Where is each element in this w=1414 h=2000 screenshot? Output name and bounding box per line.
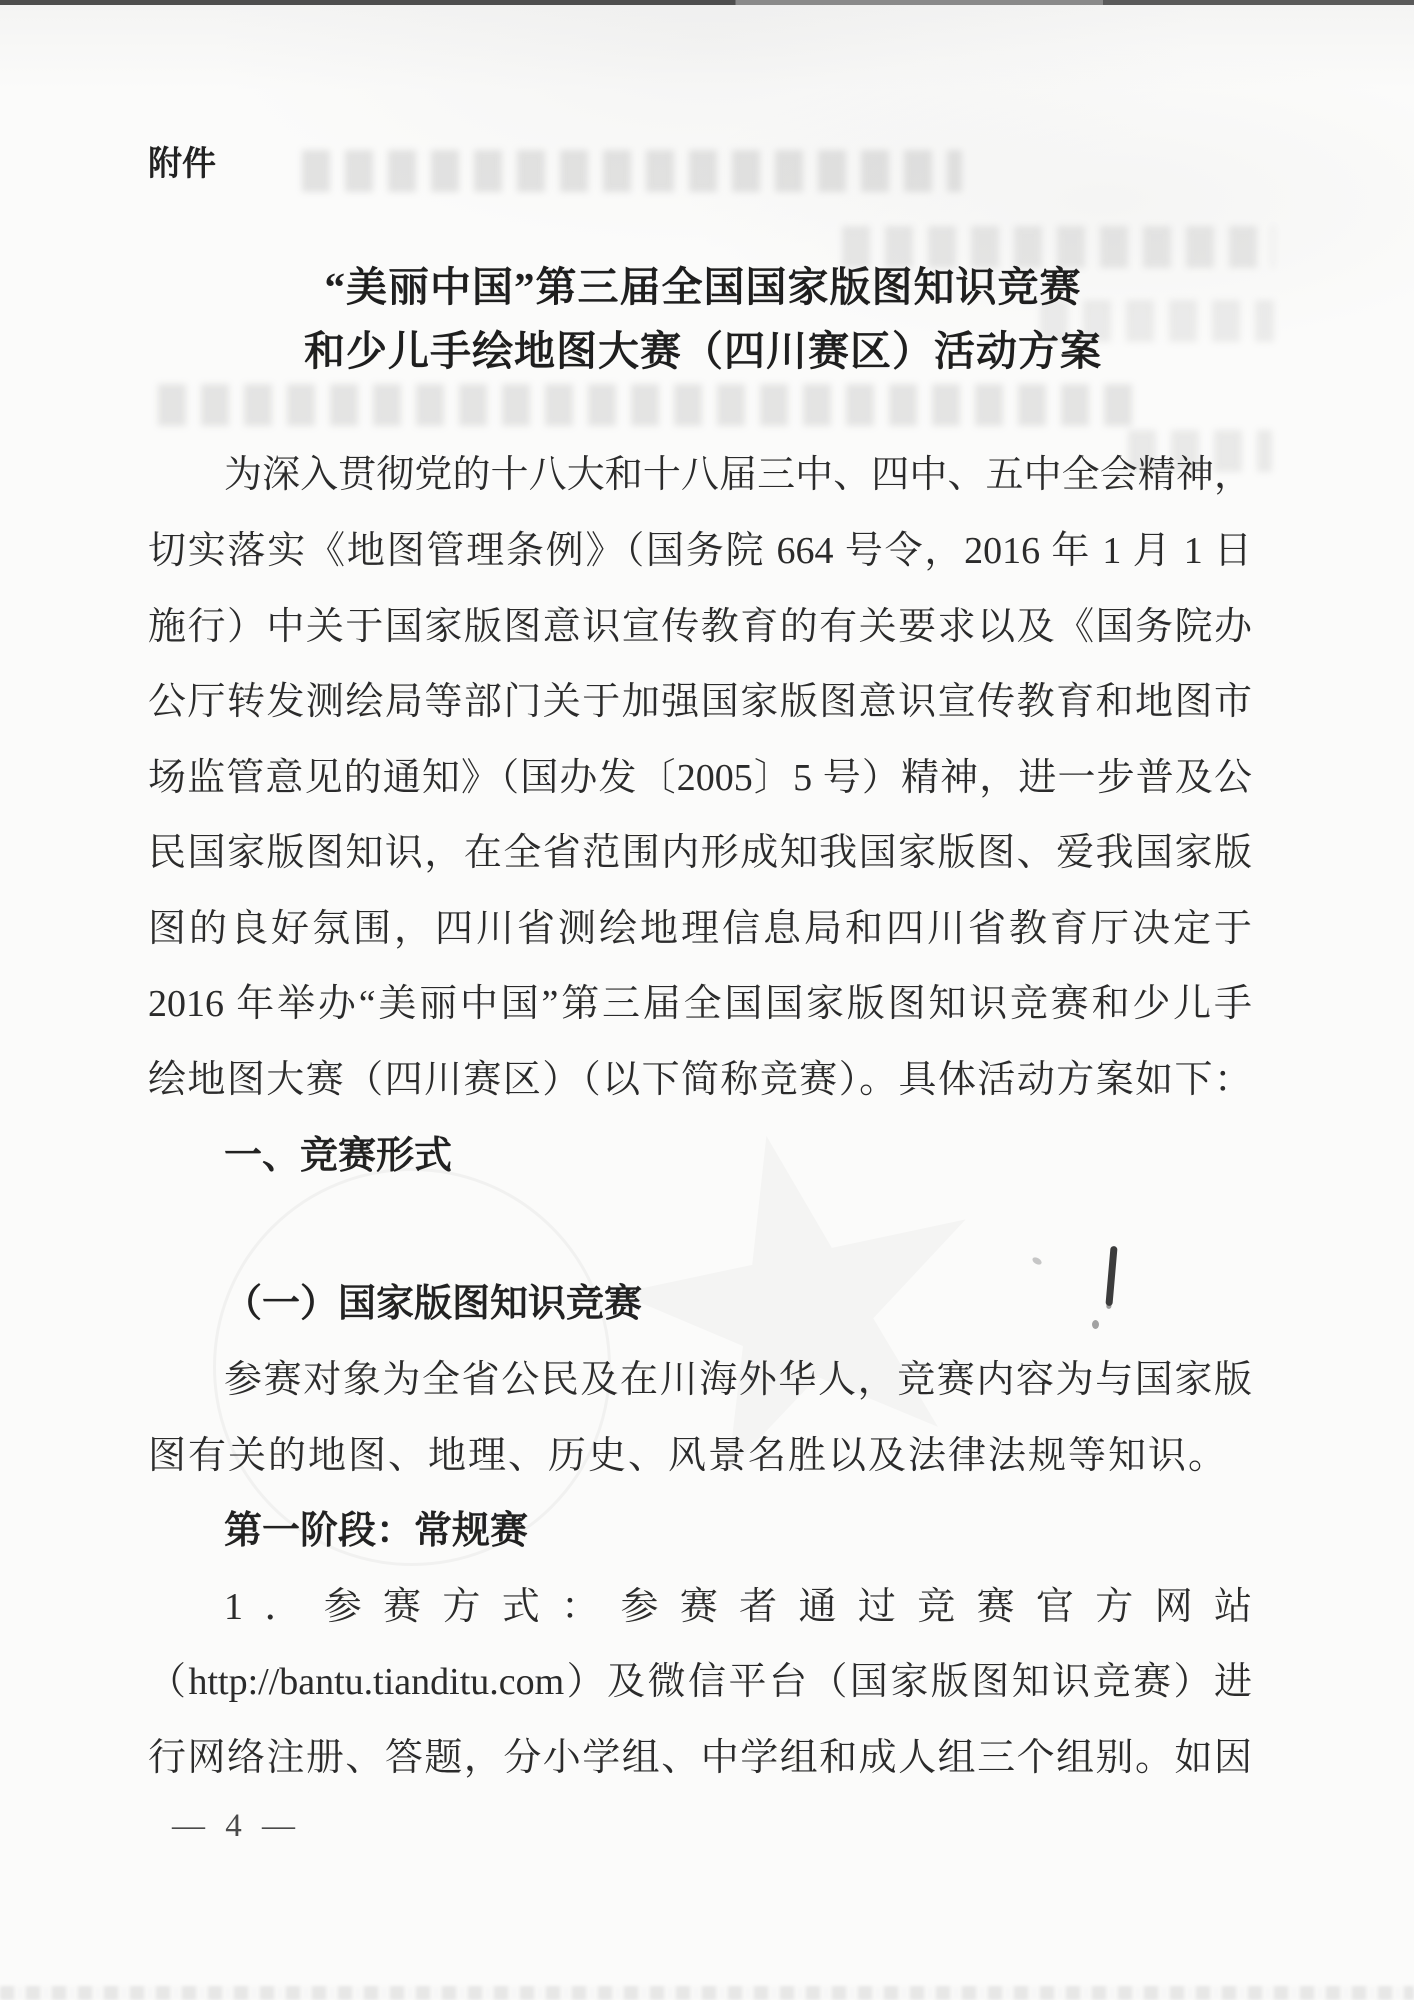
body-line: 切实落实《地图管理条例》（国务院 664 号令，2016 年 1 月 1 日: [148, 528, 1252, 574]
body-line: 为深入贯彻党的十八大和十八届三中、四中、五中全会精神，: [148, 452, 1252, 498]
page-number: — 4 —: [172, 1808, 301, 1845]
body-line: 2016 年举办“美丽中国”第三届全国国家版图知识竞赛和少儿手: [148, 981, 1252, 1027]
body-line: 图有关的地图、地理、历史、风景名胜以及法律法规等知识。: [148, 1433, 1252, 1479]
body-line: 民国家版图知识，在全省范围内形成知我国家版图、爱我国家版: [148, 830, 1252, 876]
scan-bottom-edge: [0, 1986, 1414, 2000]
body-line: 场监管意见的通知》（国办发〔2005〕5 号）精神，进一步普及公: [148, 755, 1252, 801]
stage-heading-regular-round: 第一阶段：常规赛: [148, 1508, 1252, 1554]
body-line: 公厅转发测绘局等部门关于加强国家版图意识宣传教育和地图市: [148, 679, 1252, 725]
body-line: 施行）中关于国家版图意识宣传教育的有关要求以及《国务院办: [148, 604, 1252, 650]
body-line: （http://bantu.tianditu.com）及微信平台（国家版图知识竞…: [148, 1659, 1252, 1705]
scan-top-edge: [0, 0, 1414, 5]
body-line: 1．参赛方式：参赛者通过竞赛官方网站: [148, 1584, 1252, 1630]
section-heading-competition-format: 一、竞赛形式: [148, 1133, 1252, 1179]
bleed-through-text: [302, 150, 962, 192]
subsection-heading-map-knowledge-contest: （一）国家版图知识竞赛: [148, 1281, 1252, 1327]
body-line: 绘地图大赛（四川赛区）（以下简称竞赛）。具体活动方案如下：: [148, 1057, 1252, 1103]
bleed-through-text: [158, 384, 1143, 426]
document-title-line-2: 和少儿手绘地图大赛（四川赛区）活动方案: [148, 318, 1258, 377]
scanned-document-page: 附件 “美丽中国”第三届全国国家版图知识竞赛 和少儿手绘地图大赛（四川赛区）活动…: [0, 0, 1414, 2000]
body-line: 行网络注册、答题，分小学组、中学组和成人组三个组别。如因: [148, 1735, 1252, 1781]
scan-speck: [1031, 1256, 1043, 1266]
attachment-label: 附件: [148, 136, 216, 185]
body-line: 图的良好氛围，四川省测绘地理信息局和四川省教育厅决定于: [148, 906, 1252, 952]
body-line: 参赛对象为全省公民及在川海外华人，竞赛内容为与国家版: [148, 1357, 1252, 1403]
document-title-line-1: “美丽中国”第三届全国国家版图知识竞赛: [148, 254, 1258, 313]
